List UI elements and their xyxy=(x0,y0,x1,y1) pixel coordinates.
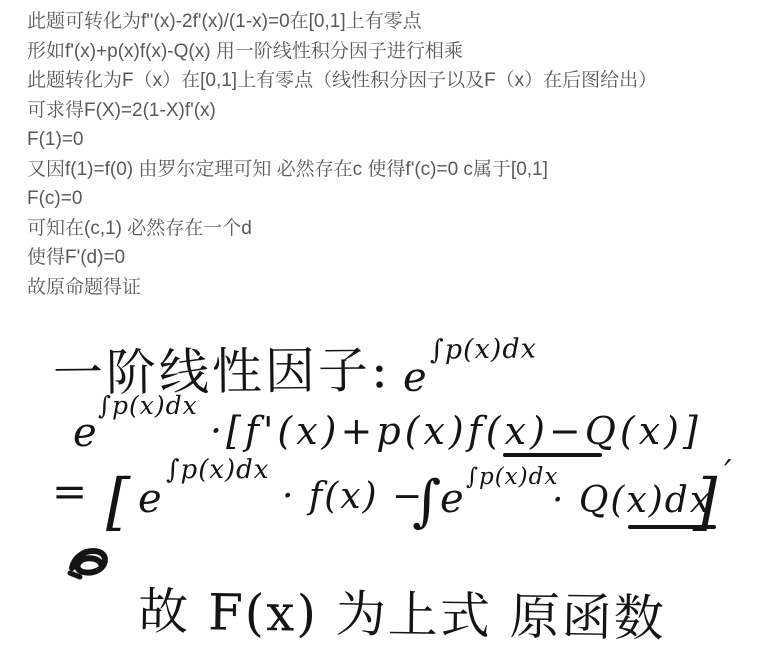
hand-line3-exponent2: ∫p(x)dx xyxy=(466,464,558,490)
note-line-3: 此题转化为F（x）在[0,1]上有零点（线性积分因子以及F（x）在后图给出） xyxy=(27,66,757,96)
hand-line3-base-e2: e xyxy=(440,476,464,522)
hand-line3-tail: · Q(x)dx xyxy=(552,480,712,521)
note-line-10: 故原命题得证 xyxy=(27,273,757,303)
note-line-5: F(1)=0 xyxy=(27,125,757,155)
pen-scribble xyxy=(70,551,105,577)
hand-line1-base-e: e xyxy=(403,355,427,401)
note-line-2: 形如f'(x)+p(x)f(x)-Q(x) 用一阶线性积分因子进行相乘 xyxy=(27,37,757,67)
hand-line3-integral: ∫ xyxy=(412,469,441,534)
hand-line2-base-e: e xyxy=(73,410,97,456)
hand-line3-base-e1: e xyxy=(138,476,162,522)
hand-line1-exponent: ∫p(x)dx xyxy=(430,334,537,366)
hand-line-3: = [ e ∫p(x)dx · f(x) − ∫ e ∫p(x)dx · Q(x… xyxy=(52,453,732,538)
note-line-9: 使得F'(d)=0 xyxy=(27,243,757,273)
hand-line-4: 故 F(x) 为上式 原函数 xyxy=(138,582,666,647)
hand-line4-text: 故 F(x) 为上式 原函数 xyxy=(138,582,666,647)
pen-scribble-tick xyxy=(70,573,80,577)
hand-line2-body: ·[f'(x)+p(x)f(x)−Q(x)] xyxy=(210,409,702,453)
note-line-7: F(c)=0 xyxy=(27,184,757,214)
handwritten-notes: 一阶线性因子: e ∫p(x)dx e ∫p(x)dx ·[f'(x)+p(x)… xyxy=(0,316,771,660)
note-line-8: 可知在(c,1) 必然存在一个d xyxy=(27,214,757,244)
note-line-4: 可求得F(X)=2(1-X)f'(x) xyxy=(27,96,757,126)
hand-line2-exponent: ∫p(x)dx xyxy=(98,391,198,420)
note-line-1: 此题可转化为f''(x)-2f'(x)/(1-x)=0在[0,1]上有零点 xyxy=(27,7,757,37)
hand-line3-prime: ′ xyxy=(724,453,732,493)
hand-line3-open-bracket: [ xyxy=(106,465,131,538)
note-line-6: 又因f(1)=f(0) 由罗尔定理可知 必然存在c 使得f'(c)=0 c属于[… xyxy=(27,155,757,185)
hand-line-2: e ∫p(x)dx ·[f'(x)+p(x)f(x)−Q(x)] xyxy=(73,391,702,456)
hand-line3-middle: · f(x) − xyxy=(282,476,424,517)
pen-scribble-stroke xyxy=(72,551,105,573)
hand-line3-exponent1: ∫p(x)dx xyxy=(166,455,269,485)
typed-notes: 此题可转化为f''(x)-2f'(x)/(1-x)=0在[0,1]上有零点 形如… xyxy=(27,7,757,302)
hand-line3-equals: = xyxy=(52,467,87,516)
